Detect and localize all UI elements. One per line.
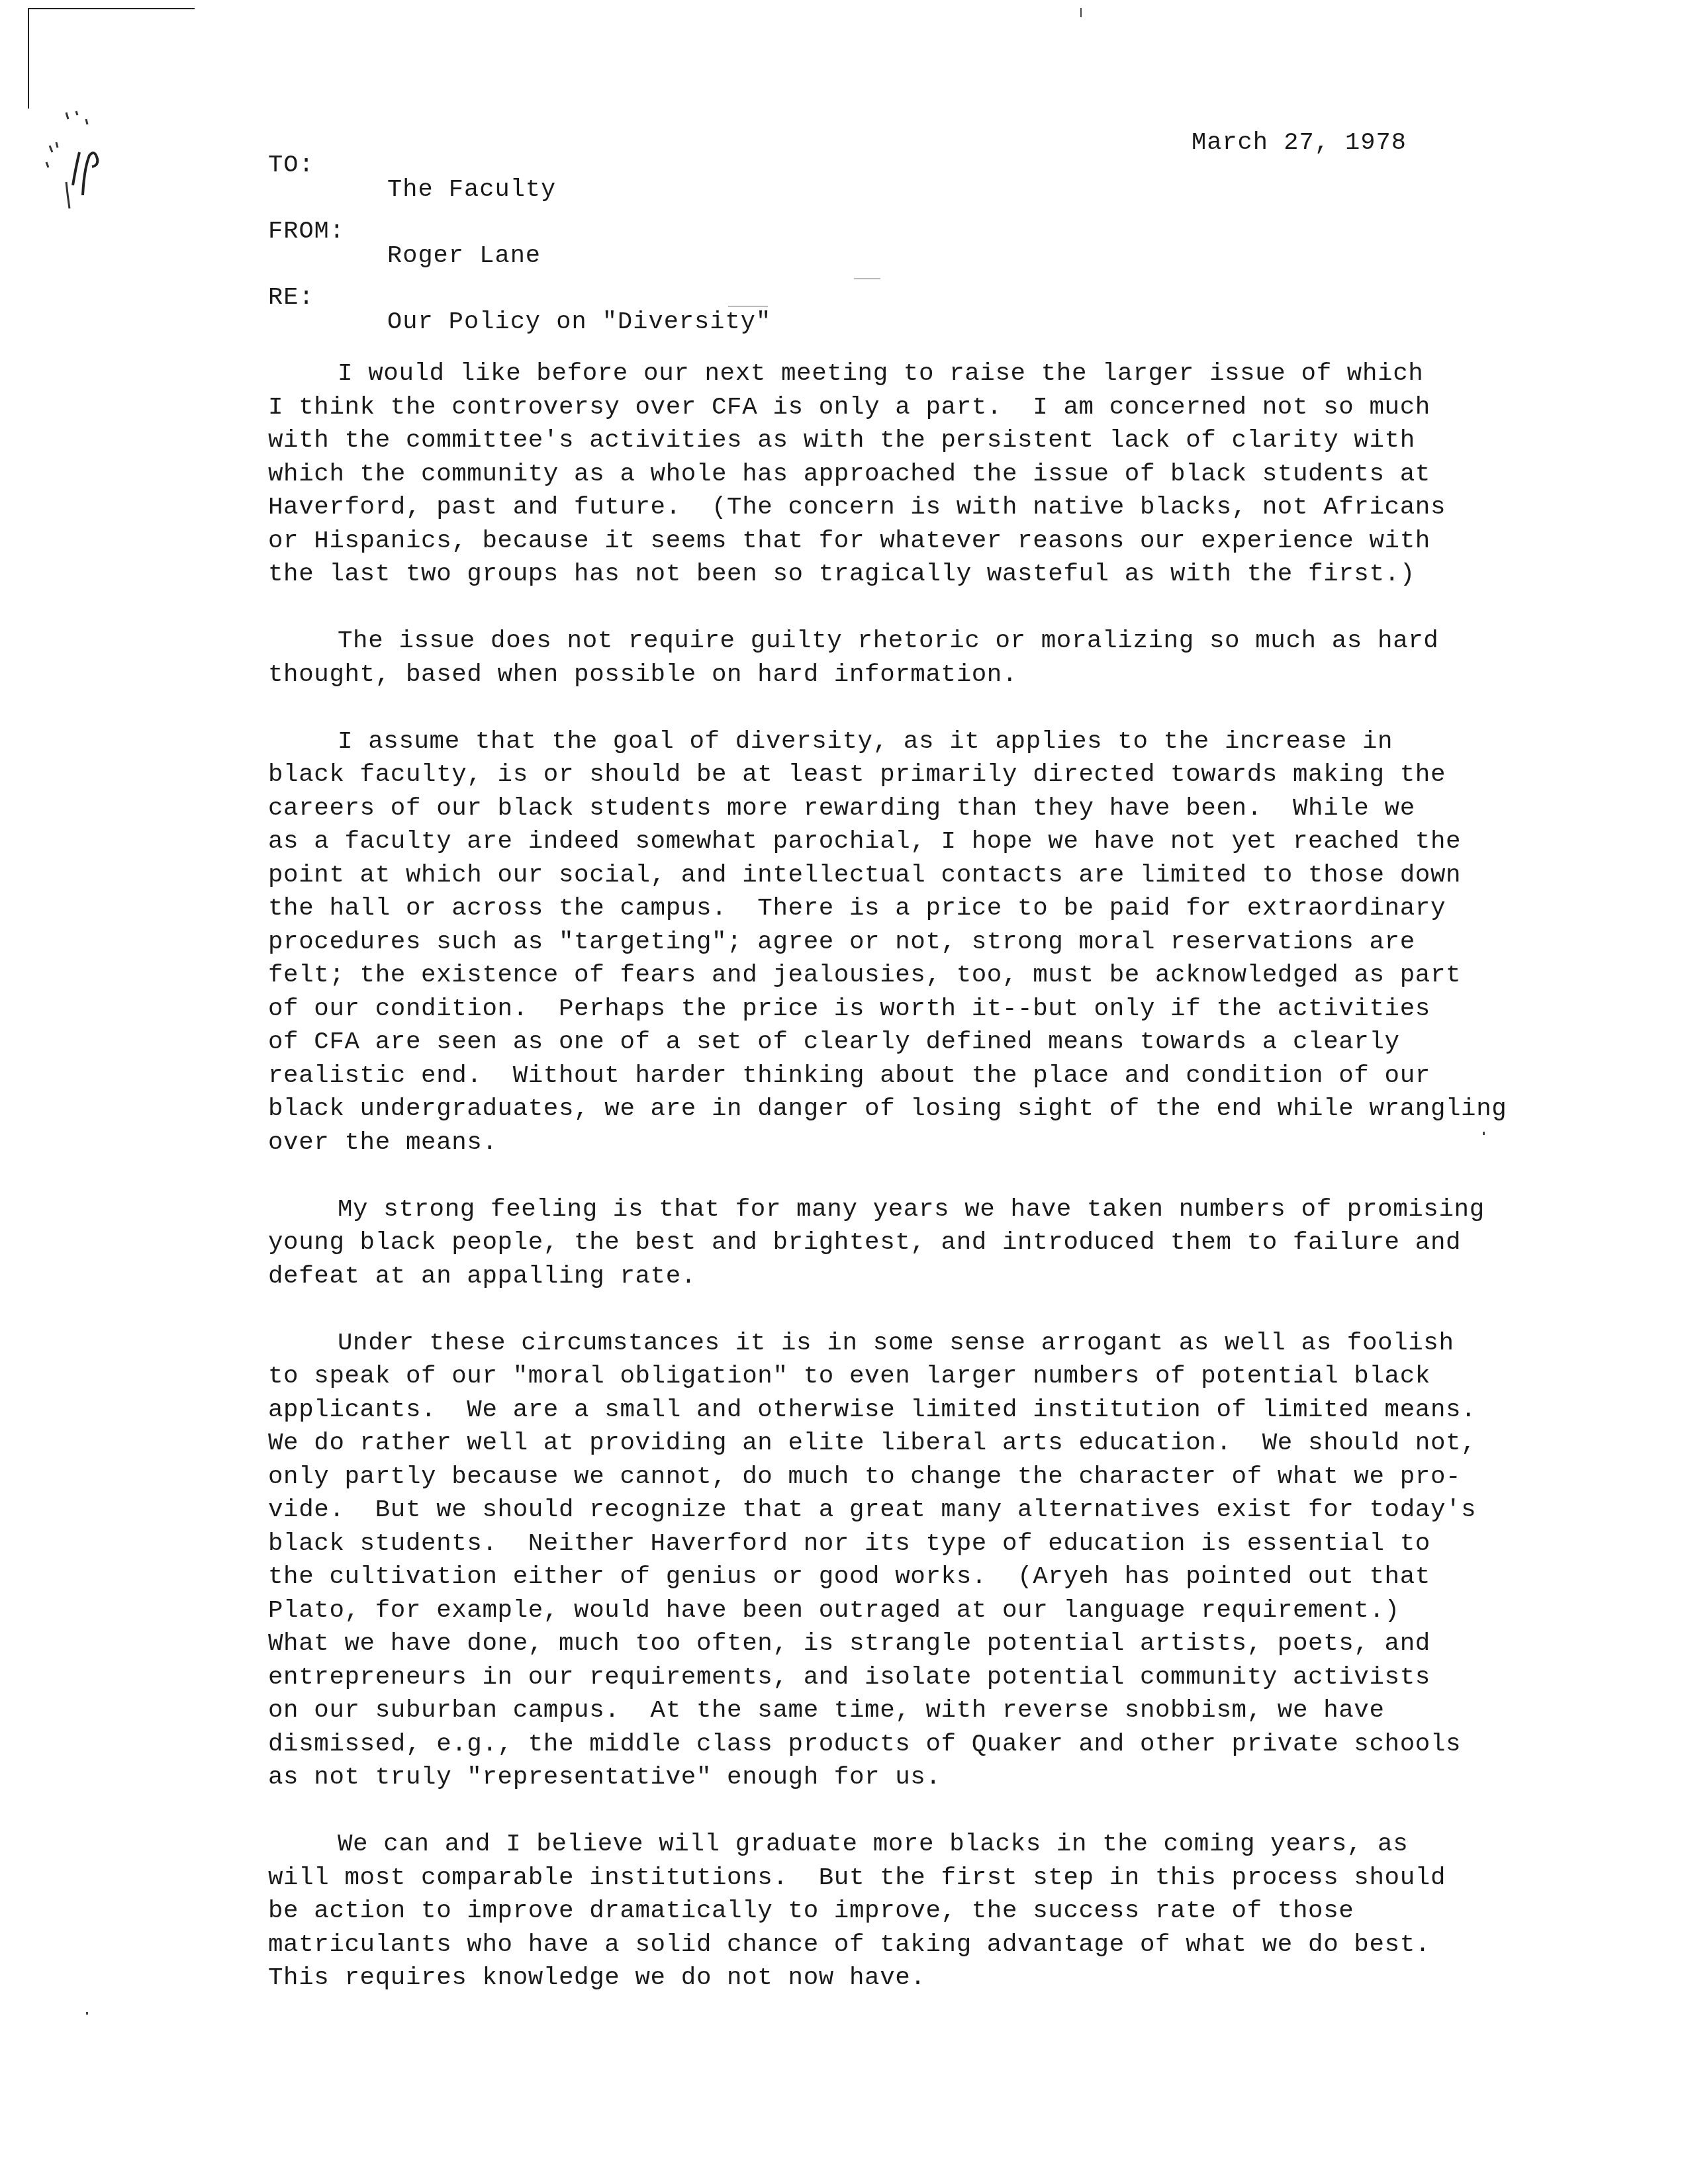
paragraph-line: My strong feeling is that for many years… [268, 1193, 1632, 1227]
paragraph-line: Under these circumstances it is in some … [268, 1327, 1632, 1361]
paragraph-line: of our condition. Perhaps the price is w… [268, 993, 1632, 1026]
memo-paragraph: I assume that the goal of diversity, as … [268, 725, 1632, 1160]
paragraph-line: as a faculty are indeed somewhat parochi… [268, 825, 1632, 859]
paragraph-line: on our suburban campus. At the same time… [268, 1694, 1632, 1728]
paragraph-line: procedures such as "targeting"; agree or… [268, 926, 1632, 960]
paragraph-line: will most comparable institutions. But t… [268, 1862, 1632, 1895]
paragraph-line: Plato, for example, would have been outr… [268, 1594, 1632, 1628]
memo-body: I would like before our next meeting to … [268, 357, 1632, 2028]
paragraph-line: black faculty, is or should be at least … [268, 758, 1632, 792]
paragraph-line: young black people, the best and brighte… [268, 1226, 1632, 1260]
paragraph-line: as not truly "representative" enough for… [268, 1761, 1632, 1795]
corner-bracket-mark [28, 8, 195, 109]
memo-paragraph: The issue does not require guilty rhetor… [268, 625, 1632, 692]
memo-page: TO: The Faculty FROM: Roger Lane RE: Our… [0, 0, 1688, 2184]
paragraph-line: We do rather well at providing an elite … [268, 1427, 1632, 1461]
paragraph-line: Haverford, past and future. (The concern… [268, 491, 1632, 525]
faint-stamp-mark [728, 306, 768, 307]
memo-re-row: RE: Our Policy on "Diversity" [268, 261, 360, 359]
stray-mark [1080, 8, 1082, 17]
paragraph-line: the hall or across the campus. There is … [268, 892, 1632, 926]
re-label: RE: [268, 286, 314, 310]
paragraph-line: I assume that the goal of diversity, as … [268, 725, 1632, 759]
paragraph-line: The issue does not require guilty rhetor… [268, 625, 1632, 659]
paragraph-line: We can and I believe will graduate more … [268, 1828, 1632, 1862]
paragraph-line: the last two groups has not been so trag… [268, 558, 1632, 592]
paragraph-line: dismissed, e.g., the middle class produc… [268, 1728, 1632, 1762]
memo-paragraph: Under these circumstances it is in some … [268, 1327, 1632, 1795]
from-label: FROM: [268, 220, 345, 244]
paragraph-line: or Hispanics, because it seems that for … [268, 525, 1632, 559]
memo-date: March 27, 1978 [1192, 129, 1407, 157]
paragraph-line: I think the controversy over CFA is only… [268, 391, 1632, 425]
paragraph-line: black students. Neither Haverford nor it… [268, 1527, 1632, 1561]
re-value: Our Policy on "Diversity" [387, 310, 771, 335]
paragraph-line: point at which our social, and intellect… [268, 859, 1632, 893]
paragraph-line: be action to improve dramatically to imp… [268, 1895, 1632, 1929]
paragraph-line: only partly because we cannot, do much t… [268, 1461, 1632, 1494]
to-label: TO: [268, 154, 314, 178]
paragraph-line: black undergraduates, we are in danger o… [268, 1093, 1632, 1126]
paragraph-line: matriculants who have a solid chance of … [268, 1929, 1632, 1962]
paragraph-line: to speak of our "moral obligation" to ev… [268, 1360, 1632, 1394]
paragraph-line: which the community as a whole has appro… [268, 458, 1632, 492]
paragraph-line: of CFA are seen as one of a set of clear… [268, 1026, 1632, 1060]
faint-stamp-mark [854, 278, 880, 279]
memo-paragraph: My strong feeling is that for many years… [268, 1193, 1632, 1294]
to-value: The Faculty [387, 178, 556, 203]
paragraph-line: applicants. We are a small and otherwise… [268, 1394, 1632, 1428]
paragraph-line: defeat at an appalling rate. [268, 1260, 1632, 1294]
memo-paragraph: I would like before our next meeting to … [268, 357, 1632, 592]
paragraph-line: with the committee's activities as with … [268, 424, 1632, 458]
from-value: Roger Lane [387, 244, 541, 269]
paragraph-line: vide. But we should recognize that a gre… [268, 1494, 1632, 1527]
paragraph-line: felt; the existence of fears and jealous… [268, 959, 1632, 993]
paragraph-line: thought, based when possible on hard inf… [268, 659, 1632, 692]
paragraph-line: careers of our black students more rewar… [268, 792, 1632, 826]
handwritten-annotation-icon [36, 106, 109, 212]
paragraph-line: What we have done, much too often, is st… [268, 1627, 1632, 1661]
stray-mark [86, 2012, 88, 2015]
paragraph-line: over the means. [268, 1126, 1632, 1160]
paragraph-line: This requires knowledge we do not now ha… [268, 1962, 1632, 1995]
paragraph-line: realistic end. Without harder thinking a… [268, 1060, 1632, 1093]
memo-paragraph: We can and I believe will graduate more … [268, 1828, 1632, 1995]
stray-mark [1483, 1132, 1485, 1135]
paragraph-line: entrepreneurs in our requirements, and i… [268, 1661, 1632, 1695]
paragraph-line: the cultivation either of genius or good… [268, 1561, 1632, 1594]
paragraph-line: I would like before our next meeting to … [268, 357, 1632, 391]
